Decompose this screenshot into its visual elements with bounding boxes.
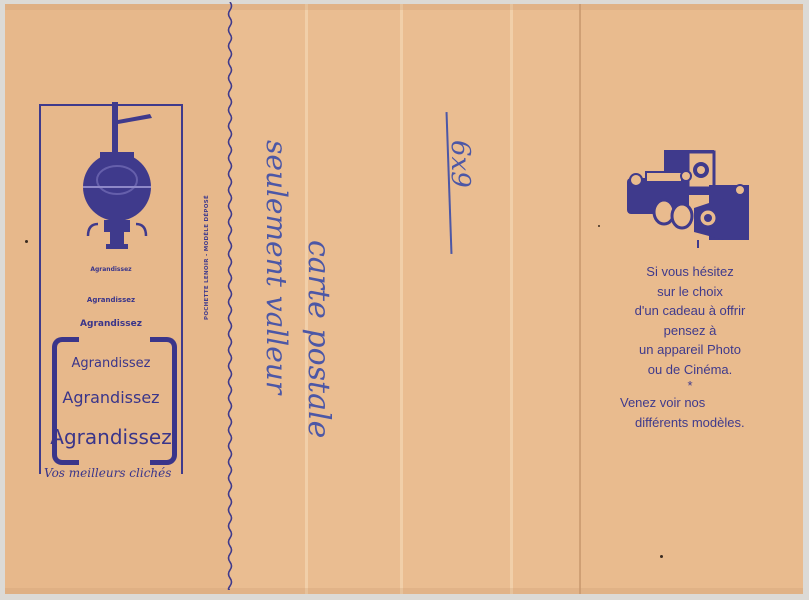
paper-speck xyxy=(25,240,28,243)
promo-line: d'un cadeau à offrir xyxy=(600,301,780,321)
closing-line: Venez voir nos xyxy=(600,393,780,413)
promo-line: pensez à xyxy=(600,321,780,341)
bottom-edge xyxy=(5,588,803,594)
advert-line-3: Agrandissez xyxy=(39,319,183,329)
paper-crease xyxy=(510,4,513,594)
manufacturer-credit: POCHETTE LENOIR - MODÈLE DÉPOSÉ xyxy=(204,195,210,320)
promo-line: sur le choix xyxy=(600,282,780,302)
fold-line xyxy=(579,4,581,594)
paper-crease xyxy=(400,4,403,594)
advert-slogan: Vos meilleurs clichés xyxy=(44,466,189,480)
promo-text-block: Si vous hésitez sur le choix d'un cadeau… xyxy=(600,262,780,432)
handwritten-size-note: 6x9 xyxy=(445,140,475,188)
cameras-icon xyxy=(624,140,754,250)
paper-speck xyxy=(598,225,600,227)
advert-line-4: Agrandissez xyxy=(39,356,183,371)
top-edge xyxy=(5,4,803,10)
promo-line: Si vous hésitez xyxy=(600,262,780,282)
paper-speck xyxy=(660,555,663,558)
handwritten-line-1: carte postale xyxy=(301,240,336,438)
photo-enlarger-icon xyxy=(72,102,162,252)
wavy-seam-line xyxy=(226,2,234,590)
closing-line: différents modèles. xyxy=(600,413,780,433)
promo-line: ou de Cinéma. xyxy=(600,360,780,380)
advert-line-2: Agrandissez xyxy=(39,296,183,304)
promo-line: un appareil Photo xyxy=(600,340,780,360)
handwritten-line-2: seulement valleur xyxy=(260,140,293,394)
advert-line-1: Agrandissez xyxy=(39,266,183,273)
asterisk-separator: * xyxy=(600,379,780,393)
advert-line-5: Agrandissez xyxy=(39,388,183,407)
advert-line-6: Agrandissez xyxy=(39,425,183,449)
